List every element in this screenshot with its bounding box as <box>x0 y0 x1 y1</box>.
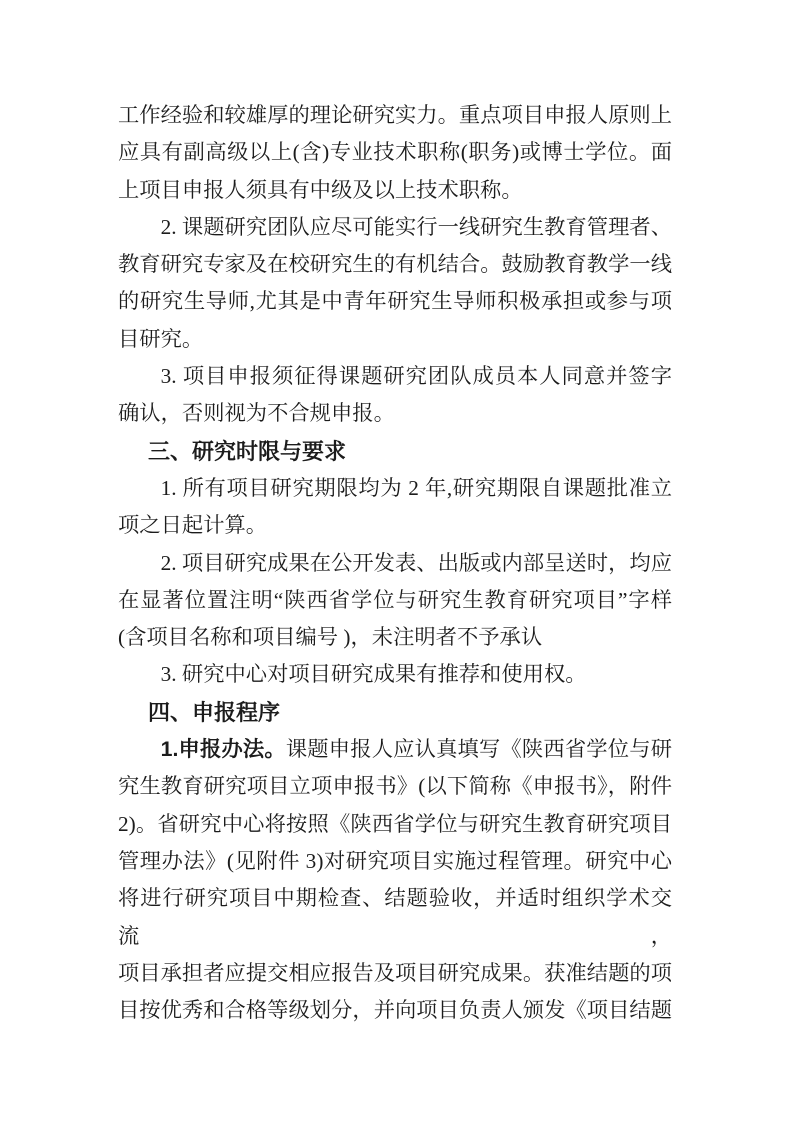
text-line: 3. 研究中心对项目研究成果有推荐和使用权。 <box>118 656 672 693</box>
text-line: 教育研究专家及在校研究生的有机结合。鼓励教育教学一线 <box>118 246 672 283</box>
text-line: 究生教育研究项目立项申报书》(以下简称《申报书》，附件 <box>118 768 672 805</box>
text-line: 确认，否则视为不合规申报。 <box>118 395 672 432</box>
text-line: (含项目名称和项目编号 )，未注明者不予承认 <box>118 619 672 656</box>
text-line: 项之日起计算。 <box>118 507 672 544</box>
text-line: 3. 项目申报须征得课题研究团队成员本人同意并签字 <box>118 358 672 395</box>
text-line: 1. 所有项目研究期限均为 2 年,研究期限自课题批准立 <box>118 470 672 507</box>
document-page: 工作经验和较雄厚的理论研究实力。重点项目申报人原则上应具有副高级以上(含)专业技… <box>0 0 793 1122</box>
text-line: 2. 项目研究成果在公开发表、出版或内部呈送时，均应 <box>118 545 672 582</box>
text-line: 应具有副高级以上(含)专业技术职称(职务)或博士学位。面 <box>118 134 672 171</box>
text-line: 将进行研究项目中期检查、结题验收，并适时组织学术交流， <box>118 880 672 955</box>
section-heading: 四、申报程序 <box>118 694 672 731</box>
text-line: 的研究生导师,尤其是中青年研究生导师积极承担或参与项 <box>118 283 672 320</box>
text-line: 1.申报办法。课题申报人应认真填写《陕西省学位与研 <box>118 731 672 768</box>
document-body: 工作经验和较雄厚的理论研究实力。重点项目申报人原则上应具有副高级以上(含)专业技… <box>118 97 672 1029</box>
text-line: 2)。省研究中心将按照《陕西省学位与研究生教育研究项目 <box>118 806 672 843</box>
text-line: 2. 课题研究团队应尽可能实行一线研究生教育管理者、 <box>118 209 672 246</box>
text-line: 上项目申报人须具有中级及以上技术职称。 <box>118 172 672 209</box>
text-line: 工作经验和较雄厚的理论研究实力。重点项目申报人原则上 <box>118 97 672 134</box>
bold-run: 1.申报办法。 <box>161 737 286 761</box>
text-line: 项目承担者应提交相应报告及项目研究成果。获准结题的项 <box>118 955 672 992</box>
text-line: 管理办法》(见附件 3)对研究项目实施过程管理。研究中心 <box>118 843 672 880</box>
text-line: 目按优秀和合格等级划分，并向项目负责人颁发《项目结题 <box>118 992 672 1029</box>
text-line: 在显著位置注明“陕西省学位与研究生教育研究项目”字样 <box>118 582 672 619</box>
text-line: 目研究。 <box>118 321 672 358</box>
section-heading: 三、研究时限与要求 <box>118 433 672 470</box>
